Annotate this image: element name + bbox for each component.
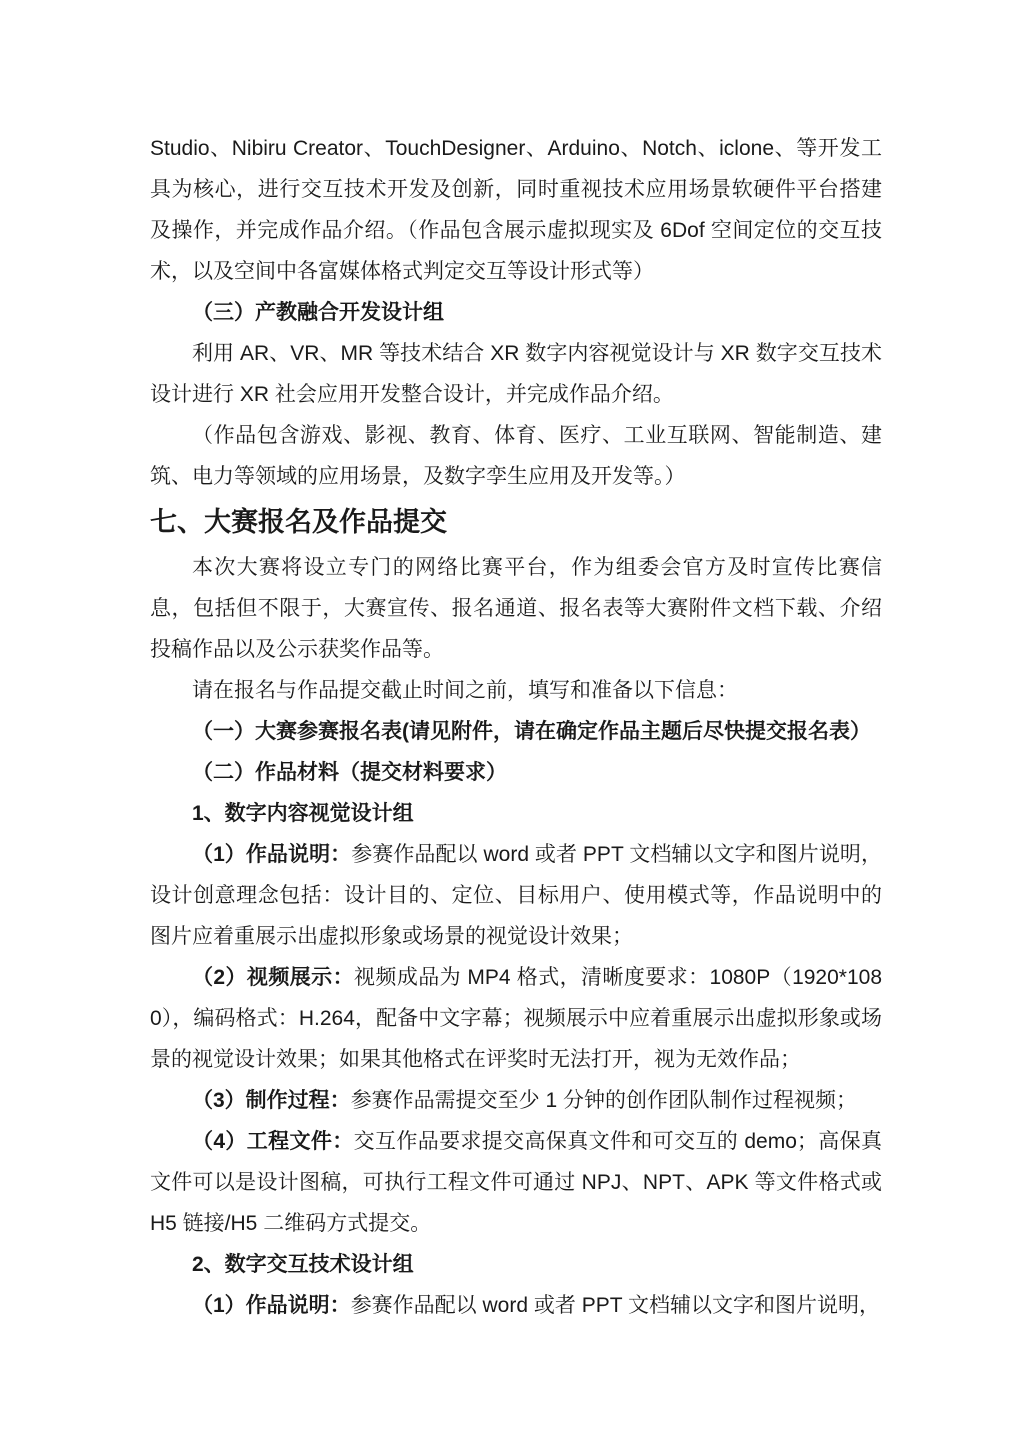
section7-heading: 七、大赛报名及作品提交 [150,497,882,547]
paragraph-req5-work-description: （1）作品说明：参赛作品配以 word 或者 PPT 文档辅以文字和图片说明， [150,1285,882,1326]
paragraph-prepare-info: 请在报名与作品提交截止时间之前，填写和准备以下信息： [150,670,882,711]
heading-item2-work-materials: （二）作品材料（提交材料要求） [150,752,882,793]
paragraph-req4-project-files: （4）工程文件：交互作品要求提交高保真文件和可交互的 demo；高保真文件可以是… [150,1121,882,1244]
req3-text: 参赛作品需提交至少 1 分钟的创作团队制作过程视频； [351,1089,857,1112]
paragraph-req1-work-description: （1）作品说明：参赛作品配以 word 或者 PPT 文档辅以文字和图片说明，设… [150,834,882,957]
paragraph-req2-video-display: （2）视频展示：视频成品为 MP4 格式，清晰度要求：1080P（1920*10… [150,957,882,1080]
req3-label: （3）制作过程： [192,1089,351,1112]
document-page: Studio、Nibiru Creator、TouchDesigner、Ardu… [0,0,1024,1448]
paragraph-dev-tools-continued: Studio、Nibiru Creator、TouchDesigner、Ardu… [150,128,882,292]
paragraph-group3-description: 利用 AR、VR、MR 等技术结合 XR 数字内容视觉设计与 XR 数字交互技术… [150,333,882,415]
paragraph-group3-scope: （作品包含游戏、影视、教育、体育、医疗、工业互联网、智能制造、建筑、电力等领域的… [150,415,882,497]
heading-group3-industry-education: （三）产教融合开发设计组 [150,292,882,333]
paragraph-req3-production-process: （3）制作过程：参赛作品需提交至少 1 分钟的创作团队制作过程视频； [150,1080,882,1121]
heading-group-visual-design: 1、数字内容视觉设计组 [150,793,882,834]
paragraph-platform-info: 本次大赛将设立专门的网络比赛平台，作为组委会官方及时宣传比赛信息，包括但不限于，… [150,547,882,670]
req1-label: （1）作品说明： [192,843,351,866]
heading-item1-registration-form: （一）大赛参赛报名表(请见附件，请在确定作品主题后尽快提交报名表） [150,711,882,752]
req4-label: （4）工程文件： [192,1130,354,1153]
req5-text: 参赛作品配以 word 或者 PPT 文档辅以文字和图片说明， [351,1294,880,1317]
req2-label: （2）视频展示： [192,966,354,989]
document-content: Studio、Nibiru Creator、TouchDesigner、Ardu… [150,128,882,1326]
req5-label: （1）作品说明： [192,1294,351,1317]
heading-group-interactive-design: 2、数字交互技术设计组 [150,1244,882,1285]
